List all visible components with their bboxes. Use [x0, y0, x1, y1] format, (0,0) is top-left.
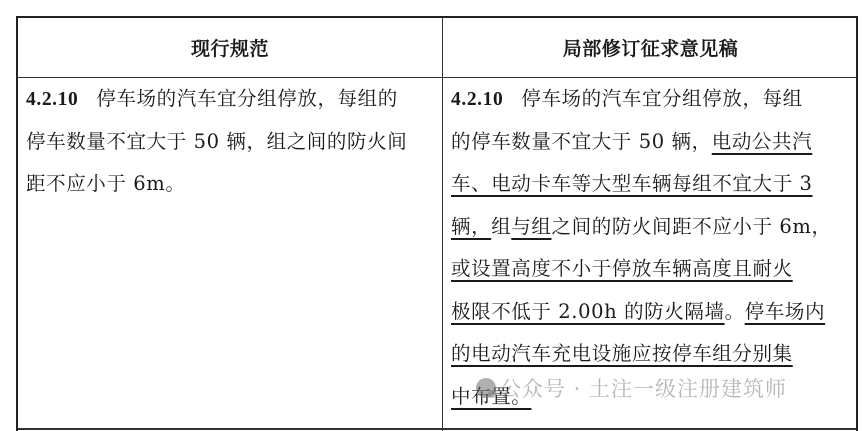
comparison-table: 现行规范 局部修订征求意见稿 4.2.10停车场的汽车宜分组停放，每组的 停车数…: [16, 16, 858, 431]
revised-text: 辆，: [451, 215, 491, 238]
text-line: 或设置高度不小于停放车辆高度且耐火: [451, 248, 853, 291]
current-code-cell: 4.2.10停车场的汽车宜分组停放，每组的 停车数量不宜大于 50 辆，组之间的…: [26, 78, 440, 206]
plain-text: 。: [725, 300, 745, 323]
header-current-code: 现行规范: [18, 18, 442, 77]
text-line: 停车数量不宜大于 50 辆，组之间的防火间: [26, 121, 440, 164]
clause-number: 4.2.10: [451, 89, 503, 110]
text-line: 极限不低于 2.00h 的防火隔墙。停车场内: [451, 291, 853, 334]
revised-text: 电动公共汽: [712, 130, 813, 153]
clause-number: 4.2.10: [26, 89, 78, 110]
revised-text: 停车场内: [745, 300, 825, 323]
revised-text: 车、电动卡车等大型车辆每组不宜大于 3: [451, 172, 813, 195]
document-page: 现行规范 局部修订征求意见稿 4.2.10停车场的汽车宜分组停放，每组的 停车数…: [0, 0, 865, 431]
column-divider: [442, 18, 443, 431]
revised-text: 的电动汽车充电设施应按停车组分别集: [451, 342, 793, 365]
plain-text: 之间的防火间距不应小于 6m，: [552, 215, 832, 238]
header-revision-draft: 局部修订征求意见稿: [443, 18, 858, 77]
row-divider: [18, 428, 856, 430]
revised-text: 中布置。: [451, 385, 531, 408]
text-line: 4.2.10停车场的汽车宜分组停放，每组的: [26, 78, 440, 121]
revised-text: 极限不低于 2.00h 的防火隔墙: [451, 300, 725, 323]
text-line: 车、电动卡车等大型车辆每组不宜大于 3: [451, 163, 853, 206]
text-line: 距不应小于 6m。: [26, 163, 440, 206]
text-line: 的电动汽车充电设施应按停车组分别集: [451, 333, 853, 376]
text-line: 中布置。: [451, 376, 853, 419]
clause-text: 停车场的汽车宜分组停放，每组: [521, 87, 802, 110]
text-line: 的停车数量不宜大于 50 辆，电动公共汽: [451, 121, 853, 164]
plain-text: 的停车数量不宜大于 50 辆，: [451, 130, 712, 153]
clause-text: 停车场的汽车宜分组停放，每组的: [96, 87, 398, 110]
text-line: 4.2.10停车场的汽车宜分组停放，每组: [451, 78, 853, 121]
revised-text: 或设置高度不小于停放车辆高度且耐火: [451, 257, 793, 280]
text-line: 辆，组与组之间的防火间距不应小于 6m，: [451, 206, 853, 249]
plain-text: 组: [491, 215, 511, 238]
revision-draft-cell: 4.2.10停车场的汽车宜分组停放，每组 的停车数量不宜大于 50 辆，电动公共…: [451, 78, 853, 418]
revised-text: 与组: [511, 215, 551, 238]
